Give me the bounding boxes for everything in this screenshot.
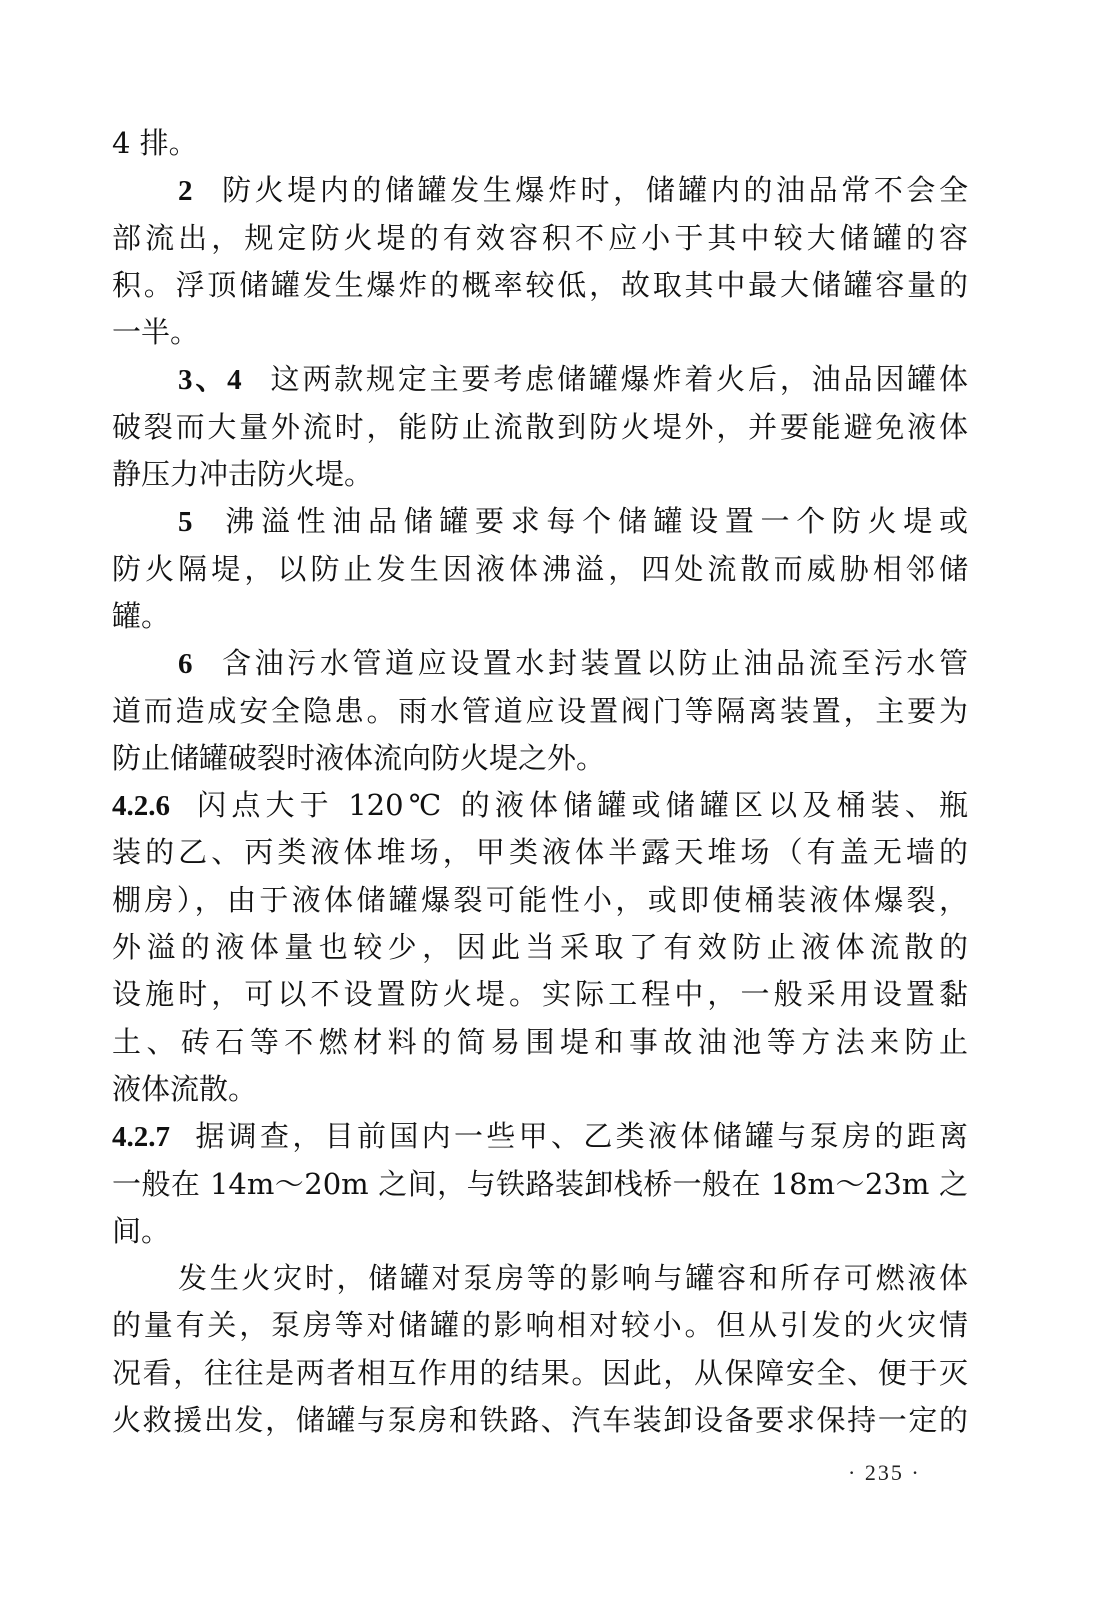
clause-number: 2 [178, 175, 193, 207]
text-line: 道而造成安全隐患。雨水管道应设置阀门等隔离装置，主要为 [112, 688, 968, 735]
text-content: 设施时，可以不设置防火堤。实际工程中，一般采用设置黏 [112, 977, 968, 1011]
clause-item-6: 6含油污水管道应设置水封装置以防止油品流至污水管 [112, 640, 968, 687]
section-number: 4.2.7 [112, 1121, 170, 1153]
text-line: 一半。 [112, 309, 968, 356]
page-number: · 235 · [848, 1460, 921, 1486]
text-line: 4 排。 [112, 120, 968, 167]
text-content: 的量有关，泵房等对储罐的影响相对较小。但从引发的火灾情 [112, 1308, 968, 1342]
clause-number: 5 [178, 506, 193, 538]
text-line: 的量有关，泵房等对储罐的影响相对较小。但从引发的火灾情 [112, 1302, 968, 1349]
text-line: 液体流散。 [112, 1066, 968, 1113]
text-line: 间。 [112, 1208, 968, 1255]
text-content: 装的乙、丙类液体堆场，甲类液体半露天堆场（有盖无墙的 [112, 835, 968, 869]
document-page: 4 排。 2防火堤内的储罐发生爆炸时，储罐内的油品常不会全 部流出，规定防火堤的… [112, 120, 968, 1444]
text-content: 防止储罐破裂时液体流向防火堤之外。 [112, 741, 605, 775]
clause-item-5: 5沸溢性油品储罐要求每个储罐设置一个防火堤或 [112, 498, 968, 545]
text-content: 一半。 [112, 315, 199, 349]
section-4-2-7: 4.2.7据调查，目前国内一些甲、乙类液体储罐与泵房的距离 [112, 1113, 968, 1160]
text-content: 道而造成安全隐患。雨水管道应设置阀门等隔离装置，主要为 [112, 694, 968, 728]
text-content: 破裂而大量外流时，能防止流散到防火堤外，并要能避免液体 [112, 410, 968, 444]
text-content: 火救援出发，储罐与泵房和铁路、汽车装卸设备要求保持一定的 [112, 1403, 968, 1437]
text-line: 火救援出发，储罐与泵房和铁路、汽车装卸设备要求保持一定的 [112, 1397, 968, 1444]
text-content: 沸溢性油品储罐要求每个储罐设置一个防火堤或 [219, 504, 969, 538]
clause-number: 6 [178, 648, 193, 680]
text-content: 防火堤内的储罐发生爆炸时，储罐内的油品常不会全 [219, 173, 969, 207]
text-line: 设施时，可以不设置防火堤。实际工程中，一般采用设置黏 [112, 971, 968, 1018]
text-content: 土、砖石等不燃材料的简易围堤和事故油池等方法来防止 [112, 1025, 968, 1059]
text-content: 防火隔堤，以防止发生因液体沸溢，四处流散而威胁相邻储 [112, 552, 968, 586]
text-line: 棚房），由于液体储罐爆裂可能性小，或即使桶装液体爆裂， [112, 877, 968, 924]
text-content: 部流出，规定防火堤的有效容积不应小于其中较大储罐的容 [112, 221, 968, 255]
clause-item-3-4: 3、4这两款规定主要考虑储罐爆炸着火后，油品因罐体 [112, 356, 968, 403]
text-line: 积。浮顶储罐发生爆炸的概率较低，故取其中最大储罐容量的 [112, 262, 968, 309]
text-line: 土、砖石等不燃材料的简易围堤和事故油池等方法来防止 [112, 1019, 968, 1066]
text-content: 间。 [112, 1214, 170, 1248]
text-content: 罐。 [112, 599, 170, 633]
text-content: 闪点大于 120℃ 的液体储罐或储罐区以及桶装、瓶 [192, 788, 968, 822]
text-line: 外溢的液体量也较少，因此当采取了有效防止液体流散的 [112, 924, 968, 971]
section-4-2-6: 4.2.6闪点大于 120℃ 的液体储罐或储罐区以及桶装、瓶 [112, 782, 968, 829]
text-content: 液体流散。 [112, 1072, 257, 1106]
text-content: 外溢的液体量也较少，因此当采取了有效防止液体流散的 [112, 930, 968, 964]
text-content: 棚房），由于液体储罐爆裂可能性小，或即使桶装液体爆裂， [112, 883, 968, 917]
text-line: 防火隔堤，以防止发生因液体沸溢，四处流散而威胁相邻储 [112, 546, 968, 593]
text-content: 含油污水管道应设置水封装置以防止油品流至污水管 [219, 646, 969, 680]
text-content: 这两款规定主要考虑储罐爆炸着火后，油品因罐体 [268, 362, 968, 396]
text-content: 一般在 14m～20m 之间，与铁路装卸栈桥一般在 18m～23m 之 [112, 1167, 968, 1201]
text-line: 静压力冲击防火堤。 [112, 451, 968, 498]
clause-number: 3、4 [178, 364, 242, 396]
text-line: 防止储罐破裂时液体流向防火堤之外。 [112, 735, 968, 782]
text-content: 况看，往往是两者相互作用的结果。因此，从保障安全、便于灭 [112, 1356, 968, 1390]
clause-item-2: 2防火堤内的储罐发生爆炸时，储罐内的油品常不会全 [112, 167, 968, 214]
text-content: 4 排。 [112, 126, 198, 160]
text-line: 装的乙、丙类液体堆场，甲类液体半露天堆场（有盖无墙的 [112, 829, 968, 876]
text-line: 破裂而大量外流时，能防止流散到防火堤外，并要能避免液体 [112, 404, 968, 451]
text-line: 一般在 14m～20m 之间，与铁路装卸栈桥一般在 18m～23m 之 [112, 1161, 968, 1208]
text-content: 积。浮顶储罐发生爆炸的概率较低，故取其中最大储罐容量的 [112, 268, 968, 302]
section-number: 4.2.6 [112, 790, 170, 822]
text-line: 况看，往往是两者相互作用的结果。因此，从保障安全、便于灭 [112, 1350, 968, 1397]
text-content: 据调查，目前国内一些甲、乙类液体储罐与泵房的距离 [192, 1119, 968, 1153]
text-content: 发生火灾时，储罐对泵房等的影响与罐容和所存可燃液体 [178, 1261, 968, 1295]
paragraph-fire: 发生火灾时，储罐对泵房等的影响与罐容和所存可燃液体 [112, 1255, 968, 1302]
text-line: 罐。 [112, 593, 968, 640]
text-content: 静压力冲击防火堤。 [112, 457, 373, 491]
text-line: 部流出，规定防火堤的有效容积不应小于其中较大储罐的容 [112, 215, 968, 262]
